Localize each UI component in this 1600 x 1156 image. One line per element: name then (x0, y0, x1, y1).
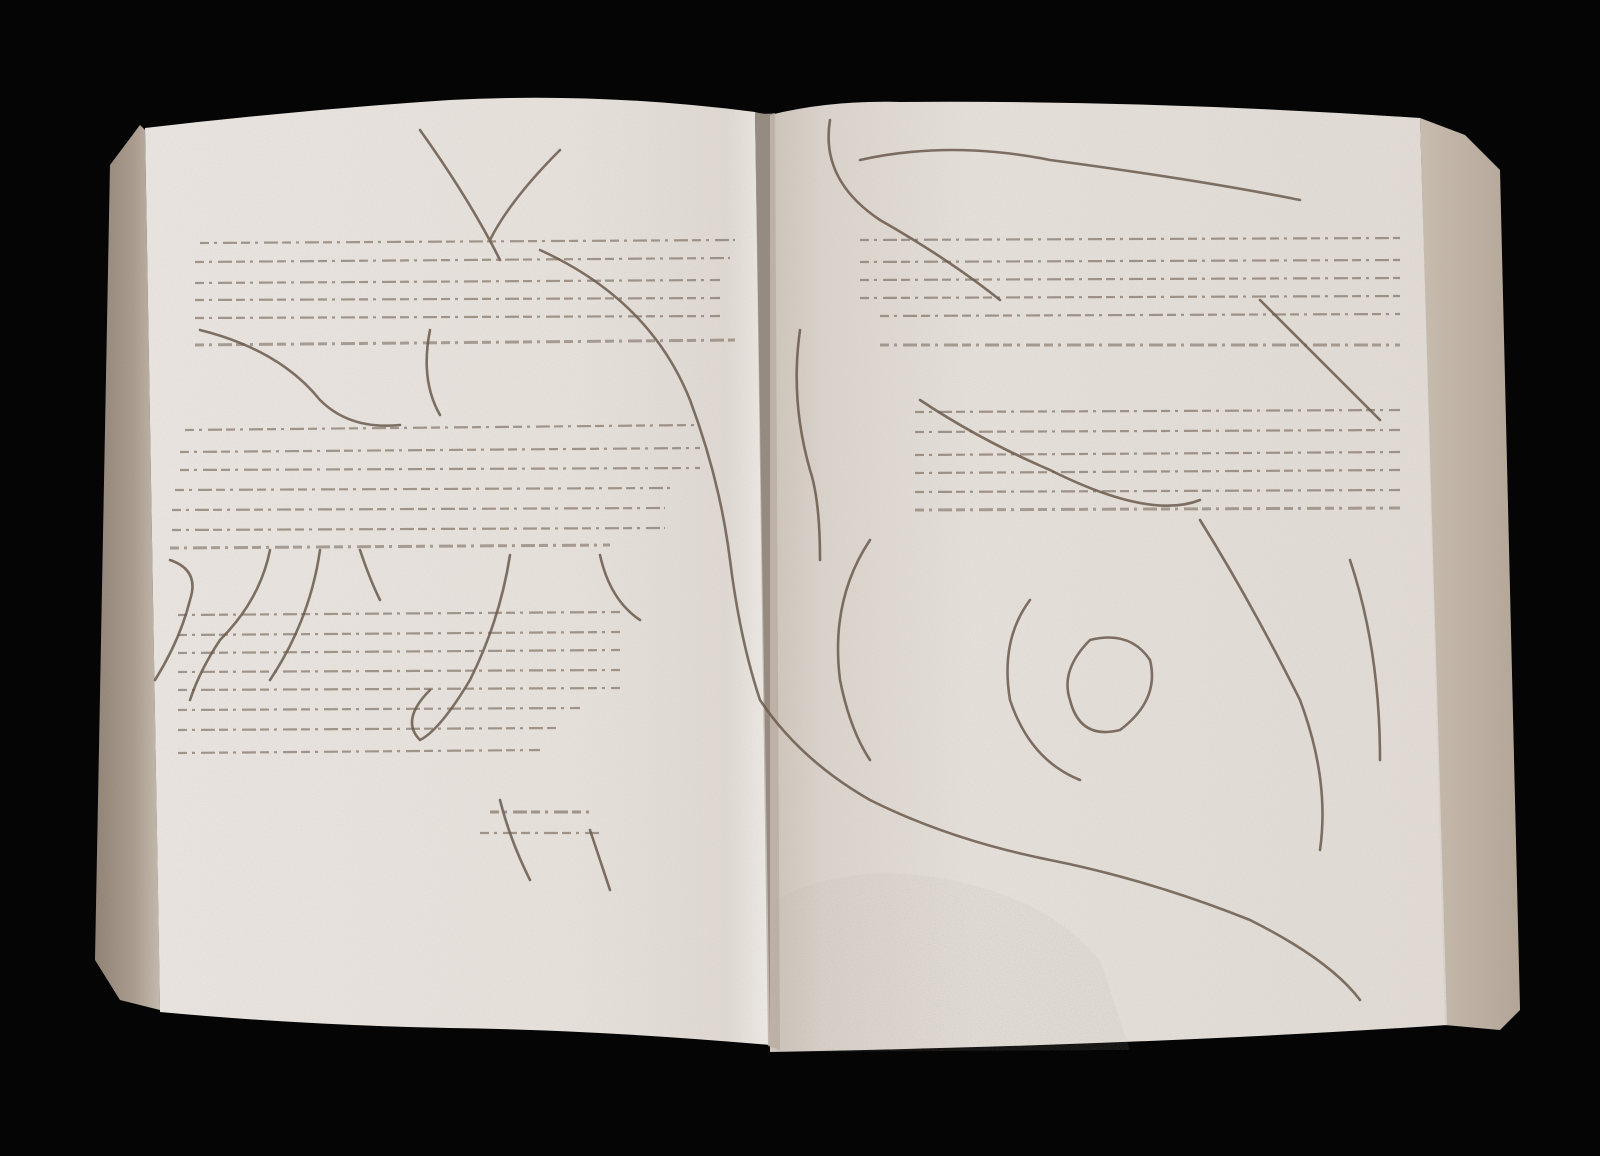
book-sculpture-photo (0, 0, 1600, 1156)
book-sculpture (0, 0, 1600, 1156)
